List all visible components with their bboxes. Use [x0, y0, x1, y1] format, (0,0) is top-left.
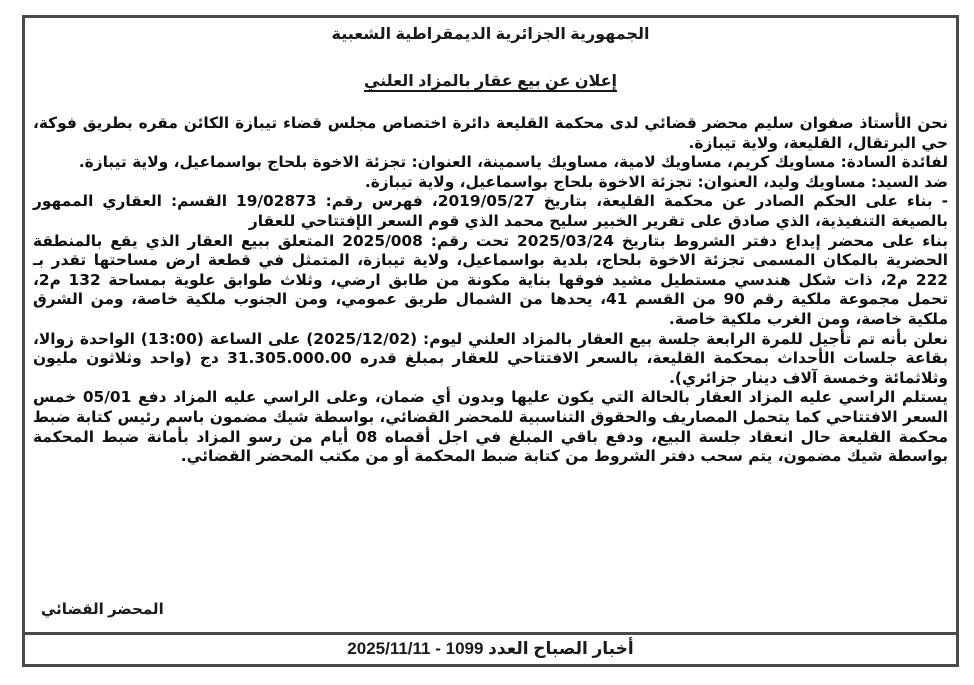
paragraph-terms: يستلم الراسي عليه المزاد العقار بالحالة … [33, 388, 948, 466]
publication-name: أخبار الصباح العدد 1099 - [435, 639, 633, 658]
publication-footer: أخبار الصباح العدد 1099 - 2025/11/11 [25, 639, 956, 659]
legal-notice-box: الجمهورية الجزائرية الديمقراطية الشعبية … [22, 15, 959, 667]
notice-body: نحن الأستاذ صفوان سليم محضر قضائي لدى مح… [33, 114, 948, 467]
footer-divider [25, 632, 956, 635]
signature-bailiff: المحضر القضائي [41, 600, 164, 618]
publication-date: 2025/11/11 [347, 639, 430, 658]
paragraph-defendant: ضد السيد: مساويك وليد، العنوان: تجزئة ال… [33, 173, 948, 193]
paragraph-judgment: - بناء على الحكم الصادر عن محكمة القليعة… [33, 192, 948, 231]
notice-title: إعلان عن بيع عقار بالمزاد العلني [25, 71, 956, 91]
republic-heading: الجمهورية الجزائرية الديمقراطية الشعبية [25, 24, 956, 44]
paragraph-auction-announcement: نعلن بأنه تم تأجيل للمرة الرابعة جلسة بي… [33, 330, 948, 389]
paragraph-property-description: بناء على محضر إيداع دفتر الشروط بتاريخ 2… [33, 232, 948, 330]
notice-title-text: إعلان عن بيع عقار بالمزاد العلني [364, 73, 617, 90]
paragraph-beneficiaries: لفائدة السادة: مساويك كريم، مساويك لامية… [33, 153, 948, 173]
paragraph-bailiff-intro: نحن الأستاذ صفوان سليم محضر قضائي لدى مح… [33, 114, 948, 153]
